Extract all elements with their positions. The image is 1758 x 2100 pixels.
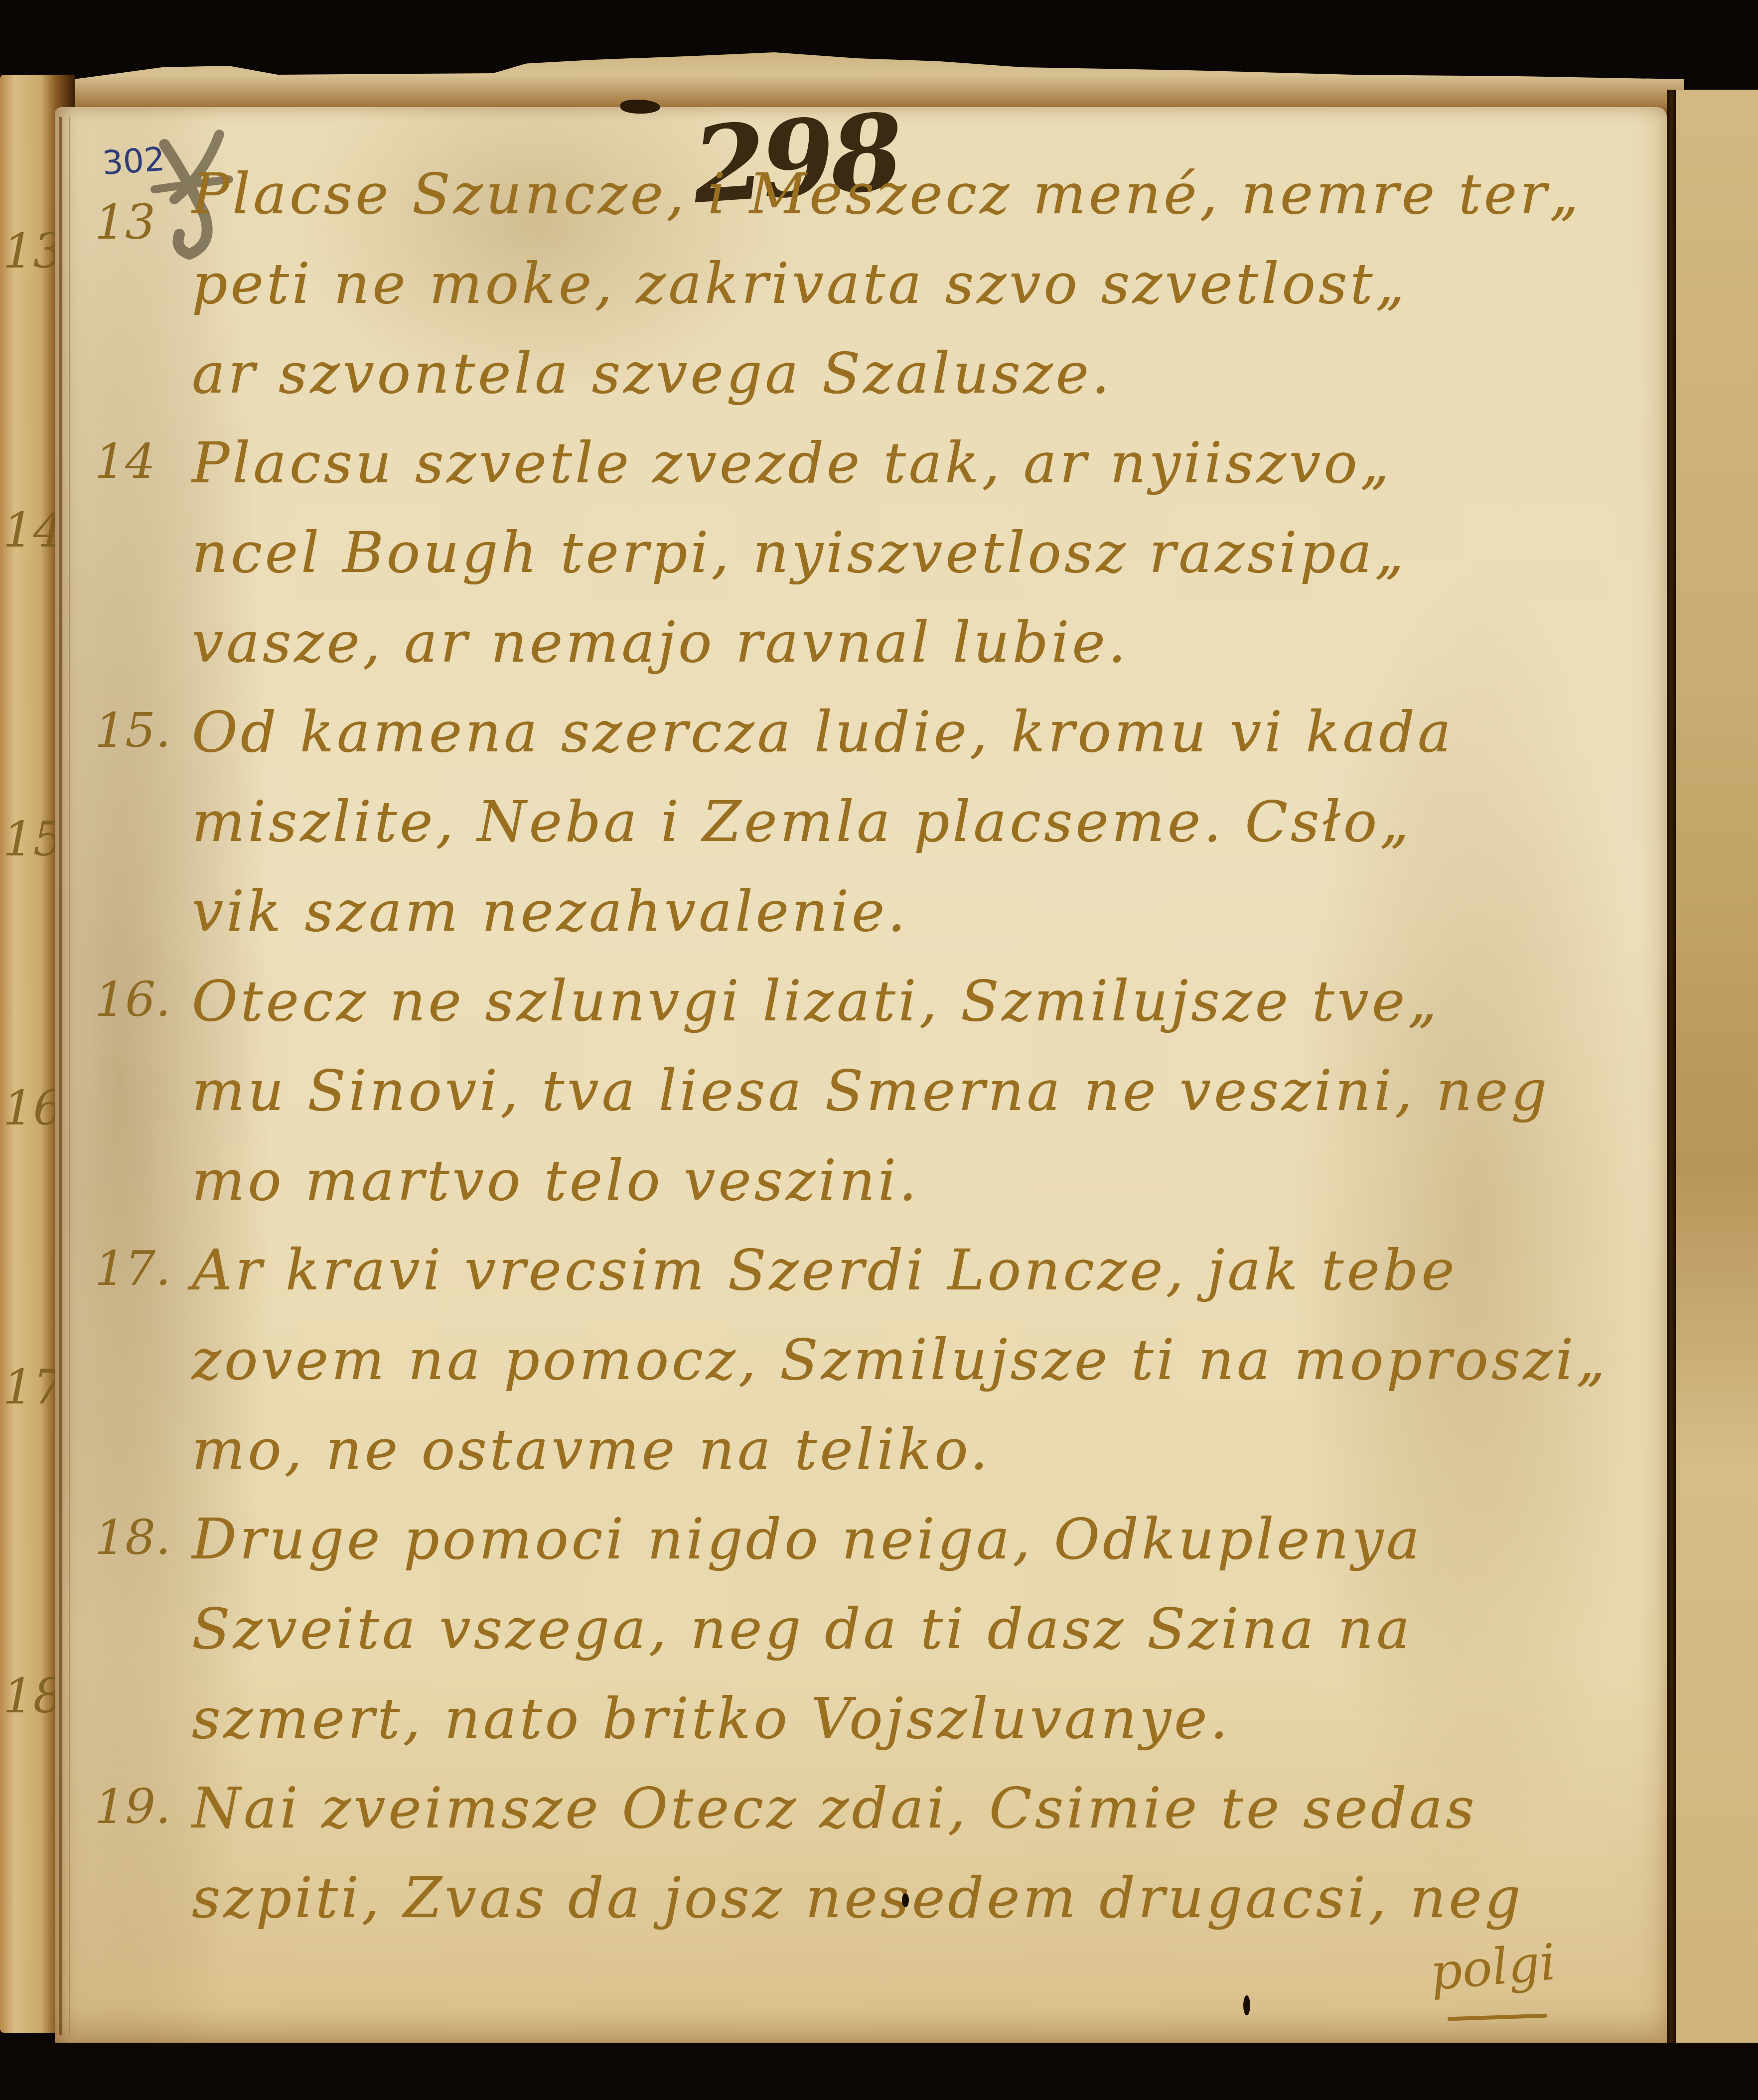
verse-line: peti ne moke, zakrivata szvo szvetlost„	[95, 239, 1565, 329]
ink-dot	[1243, 1995, 1250, 2015]
catchword: polgi	[1428, 1933, 1558, 2002]
verse-line: mo martvo telo veszini.	[95, 1136, 1565, 1226]
verse-line: Nai zveimsze Otecz zdai, Csimie te sedas	[95, 1764, 1565, 1853]
verse-line: Otecz ne szlunvgi lizati, Szmilujsze tve…	[95, 957, 1565, 1046]
verse-14: 14 Placsu szvetle zvezde tak, ar nyiiszv…	[95, 419, 1565, 688]
verse-15: 15. Od kamena szercza ludie, kromu vi ka…	[95, 688, 1565, 957]
verse-13: 13 Placse Szuncze, i Meszecz mené, nemre…	[95, 149, 1565, 419]
page-binding-edge	[59, 117, 70, 2035]
verse-number: 18.	[95, 1510, 171, 1565]
verse-line: ar szvontela szvega Szalusze.	[95, 329, 1565, 419]
verse-line: szmert, nato britko Vojszluvanye.	[95, 1674, 1565, 1764]
verse-line: zovem na pomocz, Szmilujsze ti na mopros…	[95, 1315, 1565, 1405]
verse-text-block: 13 Placse Szuncze, i Meszecz mené, nemre…	[95, 149, 1565, 1943]
verse-line: Placse Szuncze, i Meszecz mené, nemre te…	[95, 149, 1565, 239]
verse-17: 17. Ar kravi vrecsim Szerdi Loncze, jak …	[95, 1226, 1565, 1495]
verse-line: mo, ne ostavme na teliko.	[95, 1405, 1565, 1495]
prev-leaf-number: 17	[3, 1360, 63, 1415]
prev-leaf-number: 18	[3, 1669, 63, 1724]
verse-line: szpiti, Zvas da josz nesedem drugacsi, n…	[95, 1853, 1565, 1943]
prev-leaf-number: 14	[3, 503, 63, 558]
ink-blot-mark	[620, 100, 660, 114]
verse-line: Druge pomoci nigdo neiga, Odkuplenya	[95, 1495, 1565, 1584]
ink-dot	[902, 1893, 909, 1907]
verse-line: vik szam nezahvalenie.	[95, 867, 1565, 957]
verse-line: Szveita vszega, neg da ti dasz Szina na	[95, 1584, 1565, 1674]
book-gutter	[1667, 90, 1676, 2048]
verse-number: 13	[95, 194, 155, 250]
manuscript-scan: 13 14 15 16 17 18 298 302 13 Placse Szun…	[0, 0, 1758, 2100]
verse-18: 18. Druge pomoci nigdo neiga, Odkuplenya…	[95, 1495, 1565, 1764]
verse-number: 19.	[95, 1779, 171, 1834]
verse-line: Placsu szvetle zvezde tak, ar nyiiszvo„	[95, 419, 1565, 508]
verse-19: 19. Nai zveimsze Otecz zdai, Csimie te s…	[95, 1764, 1565, 1943]
scan-background-bottom	[0, 2043, 1758, 2100]
verse-line: Ar kravi vrecsim Szerdi Loncze, jak tebe	[95, 1226, 1565, 1315]
verse-number: 15.	[95, 702, 171, 758]
prev-leaf-number: 16	[3, 1081, 63, 1136]
verse-line: miszlite, Neba i Zemla placseme. Csło„	[95, 777, 1565, 867]
verse-line: vasze, ar nemajo ravnal lubie.	[95, 598, 1565, 688]
verse-line: Od kamena szercza ludie, kromu vi kada	[95, 688, 1565, 777]
verse-line: mu Sinovi, tva liesa Smerna ne veszini, …	[95, 1046, 1565, 1136]
verse-number: 17.	[95, 1241, 171, 1296]
verse-number: 16.	[95, 972, 171, 1027]
prev-leaf-number: 13	[3, 224, 63, 279]
facing-page-edge	[1676, 90, 1758, 2053]
verse-line: ncel Bough terpi, nyiszvetlosz razsipa„	[95, 508, 1565, 598]
verse-16: 16. Otecz ne szlunvgi lizati, Szmilujsze…	[95, 957, 1565, 1226]
verse-number: 14	[95, 433, 155, 489]
prev-leaf-number: 15	[3, 812, 63, 867]
